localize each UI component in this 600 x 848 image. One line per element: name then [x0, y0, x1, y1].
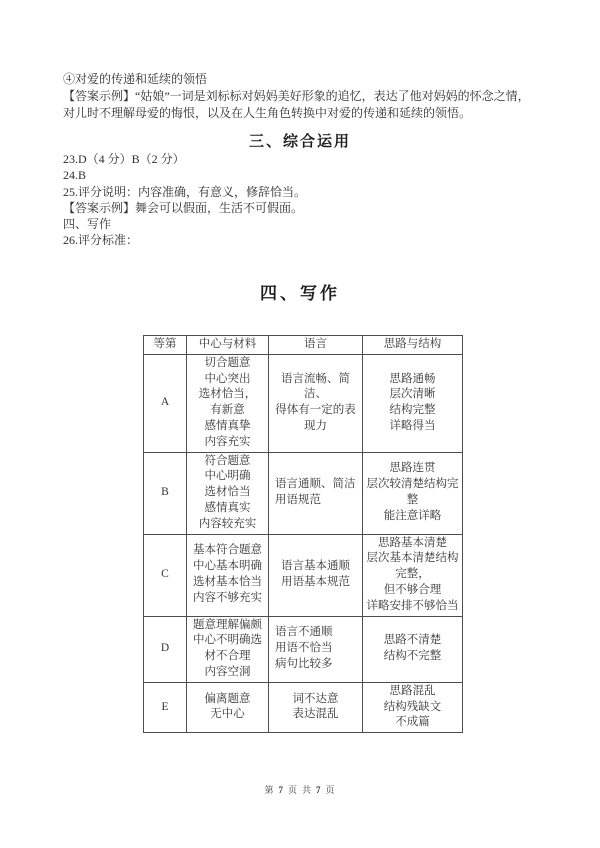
- language-cell: 语言流畅、简洁、得体有一定的表现力: [269, 354, 363, 452]
- center-material-cell: 切合题意中心突出选材恰当，有新意感情真挚内容充实: [187, 354, 269, 452]
- language-cell: 词不达意表达混乱: [269, 682, 363, 732]
- language-cell: 语言不通顺用语不恰当病句比较多: [269, 616, 363, 682]
- answer-line: 【答案示例】舞会可以假面，生活不可假面。: [63, 200, 541, 216]
- answer-line: 24.B: [63, 167, 541, 183]
- answer-line: 26.评分标准：: [63, 232, 541, 248]
- page-footer: 第7页共7页: [0, 783, 600, 796]
- rubric-row-E: E偏离题意无中心词不达意表达混乱思路混乱结构残缺文不成篇: [144, 682, 463, 732]
- cell-text-line: 语言不通顺: [275, 625, 360, 641]
- cell-text-line: 结构不完整: [365, 649, 460, 665]
- cell-text-line: 基本符合题意: [189, 543, 266, 559]
- header-center-material: 中心与材料: [187, 336, 269, 355]
- header-language: 语言: [269, 336, 363, 355]
- section-heading-writing: 四、写作: [0, 279, 600, 304]
- cell-text-line: 有新意: [189, 403, 266, 419]
- cell-text-line: 选材基本恰当: [189, 575, 266, 591]
- cell-text-line: 内容充实: [189, 435, 266, 451]
- grade-cell: E: [144, 682, 187, 732]
- body-text-line: 对儿时不理解母爱的悔恨，以及在人生角色转换中对爱的传递和延续的领悟。: [63, 105, 541, 122]
- answer-line: 四、写作: [63, 216, 541, 232]
- footer-text: 共: [302, 783, 312, 796]
- rubric-row-C: C基本符合题意中心基本明确选材基本恰当内容不够充实语言基本通顺用语基本规范思路基…: [144, 534, 463, 616]
- document-page: ④对爱的传递和延续的领悟 【答案示例】“姑娘”一词是刘标标对妈妈美好形象的追忆，…: [0, 0, 600, 848]
- cell-text-line: 思路混乱: [365, 684, 460, 700]
- body-text-line: 【答案示例】“姑娘”一词是刘标标对妈妈美好形象的追忆，表达了他对妈妈的怀念之情，: [63, 88, 541, 105]
- cell-text-line: 偏离题意: [189, 692, 266, 708]
- cell-text-line: 中心不明确选: [189, 633, 266, 649]
- cell-text-line: 详略安排不够恰当: [365, 599, 460, 615]
- rubric-header-row: 等第 中心与材料 语言 思路与结构: [144, 336, 463, 355]
- section-heading-comprehensive-use: 三、综合运用: [0, 130, 600, 151]
- cell-text-line: 语言流畅、简洁、: [271, 372, 360, 404]
- cell-text-line: 中心突出: [189, 372, 266, 388]
- cell-text-line: C: [146, 567, 184, 583]
- cell-text-line: 内容不够充实: [189, 591, 266, 607]
- cell-text-line: D: [146, 641, 184, 657]
- structure-cell: 思路不清楚结构不完整: [363, 616, 463, 682]
- grade-cell: A: [144, 354, 187, 452]
- cell-text-line: 详略得当: [365, 419, 460, 435]
- cell-text-line: 切合题意: [189, 356, 266, 372]
- header-grade: 等第: [144, 336, 187, 355]
- cell-text-line: 层次基本清楚结构: [365, 551, 460, 567]
- cell-text-line: 选材恰当: [189, 485, 266, 501]
- cell-text-line: 思路通畅: [365, 372, 460, 388]
- grade-cell: D: [144, 616, 187, 682]
- footer-text: 页: [326, 783, 336, 796]
- cell-text-line: 感情真实: [189, 501, 266, 517]
- rubric-table-body: A切合题意中心突出选材恰当，有新意感情真挚内容充实语言流畅、简洁、得体有一定的表…: [144, 354, 463, 732]
- rubric-row-B: B符合题意中心明确选材恰当感情真实内容较充实语言通顺、简洁用语规范思路连贯层次较…: [144, 452, 463, 534]
- cell-text-line: 符合题意: [189, 454, 266, 470]
- rubric-row-A: A切合题意中心突出选材恰当，有新意感情真挚内容充实语言流畅、简洁、得体有一定的表…: [144, 354, 463, 452]
- cell-text-line: 层次较清楚结构完: [365, 477, 460, 493]
- structure-cell: 思路通畅层次清晰结构完整详略得当: [363, 354, 463, 452]
- cell-text-line: 结构残缺文: [365, 700, 460, 716]
- cell-text-line: 题意理解偏颇: [189, 618, 266, 634]
- cell-text-line: 思路基本清楚: [365, 536, 460, 552]
- cell-text-line: 思路不清楚: [365, 633, 460, 649]
- cell-text-line: 中心明确: [189, 469, 266, 485]
- cell-text-line: 用语规范: [275, 493, 360, 509]
- cell-text-line: 中心基本明确: [189, 559, 266, 575]
- cell-text-line: 选材恰当，: [189, 387, 266, 403]
- footer-text: 第: [264, 783, 274, 796]
- cell-text-line: 语言通顺、简洁: [275, 477, 360, 493]
- cell-text-line: 用语基本规范: [271, 575, 360, 591]
- current-page-number: 7: [278, 785, 284, 795]
- cell-text-line: 得体有一定的表: [271, 403, 360, 419]
- writing-rubric-table: 等第 中心与材料 语言 思路与结构 A切合题意中心突出选材恰当，有新意感情真挚内…: [143, 335, 463, 733]
- cell-text-line: 完整，: [365, 567, 460, 583]
- grade-cell: C: [144, 534, 187, 616]
- center-material-cell: 题意理解偏颇中心不明确选材不合理内容空洞: [187, 616, 269, 682]
- answer-line: 25.评分说明：内容准确，有意义，修辞恰当。: [63, 184, 541, 200]
- center-material-cell: 偏离题意无中心: [187, 682, 269, 732]
- center-material-cell: 符合题意中心明确选材恰当感情真实内容较充实: [187, 452, 269, 534]
- cell-text-line: 无中心: [189, 707, 266, 723]
- cell-text-line: 感情真挚: [189, 419, 266, 435]
- cell-text-line: 结构完整: [365, 403, 460, 419]
- cell-text-line: 现力: [271, 419, 360, 435]
- language-cell: 语言基本通顺用语基本规范: [269, 534, 363, 616]
- cell-text-line: 内容空洞: [189, 665, 266, 681]
- grade-cell: B: [144, 452, 187, 534]
- structure-cell: 思路混乱结构残缺文不成篇: [363, 682, 463, 732]
- cell-text-line: 不成篇: [365, 715, 460, 731]
- cell-text-line: 语言基本通顺: [271, 559, 360, 575]
- comprehensive-use-answers: 23.D（4 分）B（2 分） 24.B 25.评分说明：内容准确，有意义，修辞…: [63, 151, 541, 249]
- cell-text-line: E: [146, 700, 184, 716]
- cell-text-line: 思路连贯: [365, 461, 460, 477]
- answer-explanation-block: ④对爱的传递和延续的领悟 【答案示例】“姑娘”一词是刘标标对妈妈美好形象的追忆，…: [63, 71, 541, 122]
- cell-text-line: 层次清晰: [365, 387, 460, 403]
- center-material-cell: 基本符合题意中心基本明确选材基本恰当内容不够充实: [187, 534, 269, 616]
- cell-text-line: B: [146, 485, 184, 501]
- cell-text-line: 病句比较多: [275, 657, 360, 673]
- header-structure: 思路与结构: [363, 336, 463, 355]
- total-page-number: 7: [316, 785, 322, 795]
- cell-text-line: 但不够合理: [365, 583, 460, 599]
- rubric-row-D: D题意理解偏颇中心不明确选材不合理内容空洞语言不通顺用语不恰当病句比较多思路不清…: [144, 616, 463, 682]
- cell-text-line: 表达混乱: [271, 707, 360, 723]
- cell-text-line: 内容较充实: [189, 517, 266, 533]
- cell-text-line: 词不达意: [271, 692, 360, 708]
- body-text-line: ④对爱的传递和延续的领悟: [63, 71, 541, 88]
- cell-text-line: 材不合理: [189, 649, 266, 665]
- structure-cell: 思路连贯层次较清楚结构完整能注意详略: [363, 452, 463, 534]
- language-cell: 语言通顺、简洁用语规范: [269, 452, 363, 534]
- cell-text-line: 用语不恰当: [275, 641, 360, 657]
- cell-text-line: 整: [365, 493, 460, 509]
- structure-cell: 思路基本清楚层次基本清楚结构完整，但不够合理详略安排不够恰当: [363, 534, 463, 616]
- answer-line: 23.D（4 分）B（2 分）: [63, 151, 541, 167]
- cell-text-line: 能注意详略: [365, 509, 460, 525]
- footer-text: 页: [288, 783, 298, 796]
- cell-text-line: A: [146, 395, 184, 411]
